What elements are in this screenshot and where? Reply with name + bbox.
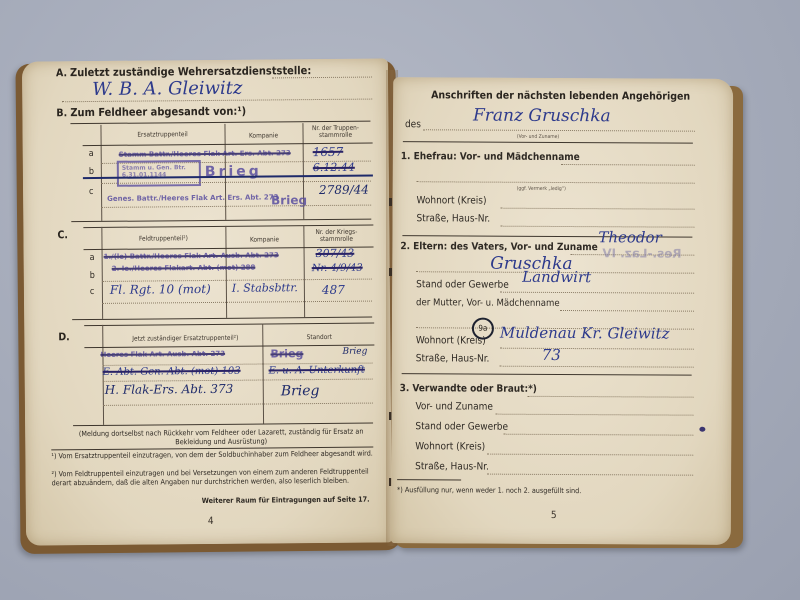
stamp-location: Brieg (270, 347, 303, 360)
troop-roll-number: 2789/44 (319, 183, 369, 197)
dotted-line (423, 129, 695, 131)
dotted-line (561, 164, 695, 166)
section-b-letter: B. (56, 107, 67, 119)
stamp-unit: 1./(le) Battr./Heeres Flak Art. Ausb. Ab… (104, 251, 279, 261)
war-roll-number: 487 (322, 283, 345, 297)
row-letter: b (89, 167, 94, 177)
dotted-line (103, 379, 373, 382)
wohnort-label: Wohnort (Kreis) (415, 441, 485, 452)
col-header: Kompanie (233, 131, 295, 140)
rule (73, 423, 373, 427)
page-number: 5 (551, 510, 557, 521)
name-label: Vor- und Zuname (415, 401, 492, 412)
page-title: Anschriften der nächsten lebenden Angehö… (431, 89, 690, 102)
col-header: Feldtruppenteil²) (123, 234, 203, 243)
stamp-unit: Stamm Battr./Heeres Flak Art. Ers. Abt. … (119, 149, 291, 159)
section-d-letter: D. (58, 331, 70, 343)
col-header: Nr. der Truppen-stammrolle (304, 125, 366, 140)
table-border (262, 324, 264, 424)
strasse-label: Straße, Haus-Nr. (416, 353, 490, 364)
dotted-line (487, 454, 693, 456)
dotted-line (500, 292, 694, 294)
footnote-2: ²) Vom Feldtruppenteil einzutragen und b… (51, 467, 373, 488)
rule (71, 219, 371, 223)
dotted-line (487, 474, 693, 476)
dotted-line (272, 77, 372, 79)
row-letter: c (90, 287, 95, 297)
footnote: *) Ausfüllung nur, wenn weder 1. noch 2.… (397, 485, 581, 495)
soldier-name: Franz Gruschka (473, 106, 611, 127)
stamp-unit: 2. Ie./Heeres Flakart. Abt. (mot) 288 (112, 264, 256, 273)
replacement-location: Brieg (281, 383, 320, 399)
row-letter: a (89, 149, 94, 159)
des-label: des (405, 119, 421, 130)
wohnort-label: Wohnort (Kreis) (417, 195, 487, 206)
rule (84, 345, 374, 349)
section-b-label: Zum Feldheer abgesandt von:¹) (70, 105, 246, 120)
left-page: A. Zuletzt zuständige Wehrersatzdienstst… (22, 58, 392, 545)
dotted-line (103, 403, 373, 406)
war-roll-number: Nr. 4/9/43 (312, 263, 363, 274)
rule (402, 373, 692, 376)
section-a-handwritten: W. B. A. Gleiwitz (92, 78, 243, 100)
dotted-line (101, 205, 371, 208)
row-letter: b (90, 271, 95, 281)
circled-mark: 9a (472, 318, 494, 340)
house-number: 73 (542, 346, 561, 364)
ink-spot (699, 427, 705, 432)
rule (403, 141, 693, 144)
dotted-line (560, 310, 694, 312)
troop-roll-number: 1657 (313, 145, 344, 159)
dotted-line (417, 181, 695, 183)
row-letter: c (89, 187, 94, 197)
strasse-label: Straße, Haus-Nr. (415, 461, 489, 472)
stamp-unit: Genes. Battr./Heeres Flak Art. Ers. Abt.… (107, 193, 278, 202)
dotted-line (495, 414, 693, 416)
right-page: Anschriften der nächsten lebenden Angehö… (391, 77, 733, 545)
col-header: Kompanie (233, 235, 295, 244)
col-header: Nr. der Kriegs-stammrolle (305, 229, 367, 244)
replacement-unit: E. Abt. Gen. Abt. (mot) 103 (103, 366, 241, 378)
continuation-note: Weiterer Raum für Eintragungen auf Seite… (202, 495, 370, 505)
parents-residence: Muldenau Kr. Gleiwitz (500, 324, 670, 343)
section-2-label: 2. Eltern: des Vaters, Vor- und Zuname (400, 241, 598, 253)
name-hint: (Vor- und Zuname) (517, 134, 559, 140)
footnote-1: ¹) Vom Ersatztruppenteil einzutragen, vo… (51, 449, 373, 461)
col-header: Standort (274, 333, 364, 342)
rule (72, 317, 372, 321)
dotted-line (500, 348, 694, 350)
row-letter: a (90, 253, 95, 263)
dotted-line (501, 208, 695, 210)
section-d-note: (Meldung dortselbst nach Rückkehr vom Fe… (71, 427, 371, 448)
faint-offset-stamp: Res.-Laz. IV (602, 246, 681, 260)
binding-stitch (389, 198, 392, 206)
col-header: Jetzt zuständiger Ersatztruppenteil²) (110, 334, 260, 343)
stamp-unit: Heeres Flak Art. Ausb. Abt. 273 (100, 350, 225, 359)
section-1-label: 1. Ehefrau: Vor- und Mädchenname (401, 151, 580, 163)
replacement-unit: H. Flak-Ers. Abt. 373 (105, 382, 234, 397)
dotted-line (102, 301, 372, 304)
table-border (101, 227, 103, 319)
troop-roll-number: 6.12.44 (313, 161, 355, 174)
section-c-letter: C. (57, 229, 68, 241)
rule (397, 479, 461, 480)
stand-label: Stand oder Gewerbe (416, 279, 509, 290)
field-company: I. Stabsbttr. (232, 281, 298, 295)
section-3-label: 3. Verwandte oder Braut:*) (400, 383, 537, 395)
mother-label: der Mutter, Vor- u. Mädchenname (416, 297, 560, 309)
war-roll-number: 307/43 (316, 247, 355, 260)
father-occupation: Landwirt (522, 268, 591, 286)
stand-label: Stand oder Gewerbe (415, 421, 508, 432)
location-correction: Brieg (342, 347, 367, 357)
father-first-name: Theodor (598, 228, 661, 246)
strasse-label: Straße, Haus-Nr. (416, 213, 490, 224)
dotted-line (503, 434, 693, 436)
page-number: 4 (208, 516, 214, 527)
field-unit: Fl. Rgt. 10 (mot) (110, 282, 211, 297)
dotted-line (500, 366, 694, 368)
dotted-line (528, 396, 694, 398)
rule (84, 323, 374, 327)
replacement-location: E. u. A. Unterkunft (269, 365, 365, 377)
section-a-letter: A. (56, 67, 67, 79)
section-1-hint: (ggf. Vermerk „ledig“) (517, 186, 566, 192)
col-header: Ersatztruppenteil (123, 130, 203, 139)
